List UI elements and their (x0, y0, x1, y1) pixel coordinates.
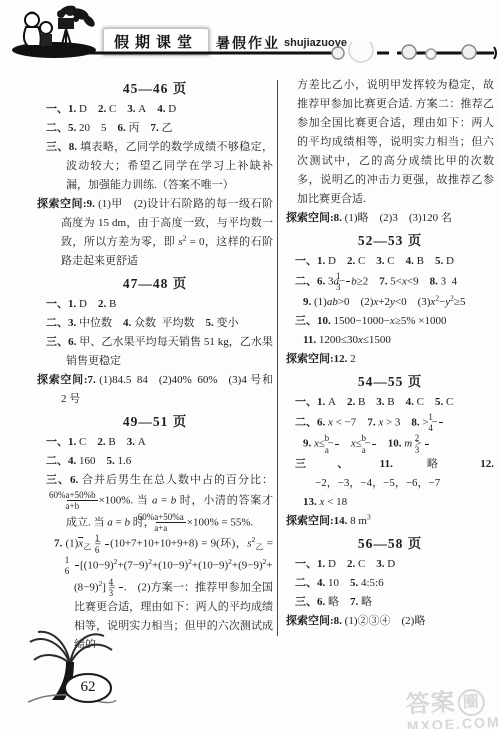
answer-line: 二、3. 中位数 4. 众数 平均数 5. 变小 (46, 314, 273, 333)
section-heading: 45—46 页 (37, 79, 273, 98)
right-column: 方差比乙小，说明甲发挥较为稳定，故推荐甲参加比赛更合适. 方案二：推荐乙参加全国… (286, 76, 494, 632)
answer-line: 二、6. x < −7 7. x > 3 8. > −14 (295, 412, 494, 434)
fraction: ba (335, 433, 339, 455)
page-number: 62 (81, 679, 96, 695)
answer-line: 探索空间:12. 2 (286, 350, 494, 369)
fraction: 14 (439, 412, 443, 434)
header: 假期课堂 暑假作业 shujiazuoye (0, 0, 500, 72)
watermark-circle-char: 圈 (457, 688, 485, 716)
answer-line: 探索空间:9. (1)甲 (2)设计石阶路的每一级石阶高度为 15 dm，由于高… (37, 195, 273, 271)
answer-line: 三、11. 略 12. −2，−3，−4，−5，−6，−7 (295, 455, 494, 493)
answer-line: 探索空间:7. (1)84.5 84 (2)40% 60% (3)4 号和 2 … (37, 371, 273, 409)
left-column: 45—46 页一、1. D 2. C 3. A 4. D二、5. 20 5 6.… (37, 76, 273, 648)
section-heading: 56—58 页 (286, 534, 494, 553)
header-rule-beads (0, 42, 500, 68)
fraction: 43 (119, 577, 123, 599)
fraction: 16 (105, 533, 109, 555)
answer-line: 二、6. 3a−13b≥2 7. 5<x<9 8. 3 4 (295, 271, 494, 293)
answer-line: 方差比乙小，说明甲发挥较为稳定，故推荐甲参加比赛更合适. 方案二：推荐乙参加全国… (297, 76, 494, 209)
answer-line: 二、4. 10 5. 4:5:6 (295, 574, 494, 593)
answer-line: 二、4. 160 5. 1.6 (46, 452, 273, 471)
section-heading: 54—55 页 (286, 372, 494, 391)
answer-line: 一、1. C 2. B 3. A (46, 433, 273, 452)
section-heading: 52—53 页 (286, 231, 494, 250)
fraction: 13 (346, 271, 350, 293)
section-heading: 49—51 页 (37, 412, 273, 431)
answer-line: 探索空间:14. 8 m3 (286, 512, 494, 531)
section-heading: 47—48 页 (37, 274, 273, 293)
fraction: 23 (425, 433, 429, 455)
answer-line: 11. 1200≤30x≤1500 (303, 331, 494, 350)
watermark-text: 答案 (405, 689, 456, 719)
answer-line: 一、1. D 2. C 3. D (295, 555, 494, 574)
watermark: 答案圈 MXQE.COM (405, 680, 500, 729)
answer-line: 三、6. 合并后男生在总人数中占的百分比：60%a+50%ba+b×100%. … (46, 471, 273, 533)
fraction: 60%a+50%aa+a (156, 512, 186, 534)
answer-line: 探索空间:8. (1)略 (2)3 (3)120 名 (286, 209, 494, 228)
answer-line: 三、6. 略 7. 略 (295, 593, 494, 612)
page-number-badge: 62 (74, 679, 102, 696)
answer-line: 9. (1)ab>0 (2)x+2y<0 (3)x2−y2≥5 (303, 293, 494, 312)
answer-line: 三、6. 甲、乙水果平均每天销售 51 kg，乙水果销售更稳定 (46, 333, 273, 371)
fraction: ba (372, 433, 376, 455)
answer-line: 9. x≤ −ba x≤ −ba 10. m > 23 (303, 433, 494, 455)
answer-line: 13. x < 18 (303, 493, 494, 512)
column-divider (277, 80, 278, 636)
answer-line: 探索空间:8. (1)②③④ (2)略 (286, 612, 494, 631)
answer-line: 一、1. D 2. C 3. A 4. D (46, 100, 273, 119)
fraction: 60%a+50%ba+b (67, 490, 98, 512)
answer-line: 一、1. D 2. C 3. C 4. B 5. D (295, 252, 494, 271)
answer-line: 一、1. A 2. B 3. B 4. C 5. C (295, 393, 494, 412)
answer-line: 三、10. 1500−1000−x≥5% ×1000 (295, 312, 494, 331)
palm-tree-illustration (26, 626, 118, 706)
answer-line: 二、5. 20 5 6. 丙 7. 乙 (46, 119, 273, 138)
answer-line: 三、8. 填表略，乙同学的数学成绩不够稳定，波动较大；希望乙同学在学习上补缺补漏… (46, 138, 273, 195)
answer-line: 一、1. D 2. B (46, 295, 273, 314)
fraction: 16 (75, 555, 79, 577)
